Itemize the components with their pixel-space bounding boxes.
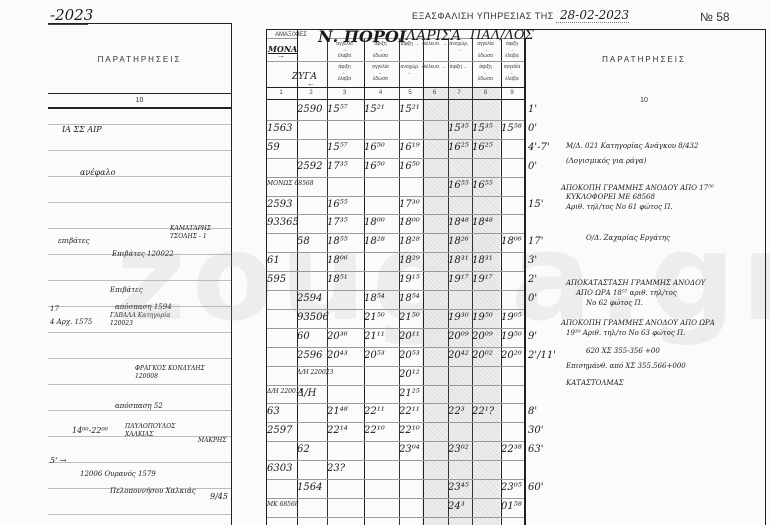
cell-c7: 19³⁰ [448,312,469,323]
row-rule [267,233,525,234]
right-remark: ΚΥΚΛΟΦΟΡΕΙ ΜΕ 68568 [566,193,655,201]
cell-c7: 18³¹ [448,255,469,266]
row-rule [267,366,525,367]
row-rule [267,498,525,499]
row-rule [267,177,525,178]
left-remark: 5' → [50,456,67,465]
cell-c7: 24³ [448,501,465,512]
row-rule [267,403,525,404]
subheader-top: άφιξη → [398,41,422,47]
right-remark: ΑΠΟΚΟΠΗ ΓΡΑΜΜΗΣ ΑΝΟΔΟΥ ΑΠΟ ΩΡΑ [561,319,715,327]
cell-c2: 2596 [297,350,322,361]
cell-c2: 58 [297,236,310,247]
cell-c4: 15²¹ [364,104,385,115]
column-number: 4 [363,90,398,96]
cell-c1: 595 [267,274,286,285]
subheader-bottom: διέλευσ. ← [422,64,447,70]
row-rule [267,271,525,272]
cell-c7: 16⁵⁵ [448,180,469,191]
cell-c3: 21⁴⁸ [327,406,348,417]
service-sheet: zougla.gr ΠΑΡΑΤΗΡΗΣΕΙΣ 10 ΑΜΑΞ/ΧΙΕΣ ΜΟΝΑ… [266,29,766,525]
column-number: 3 [326,90,363,96]
subheader-bottom: αναχώρ. ← [398,64,422,76]
cell-c5: 18²⁹ [399,255,420,266]
column-number: 9 [500,90,524,96]
cell-c4: 22¹¹ [364,406,385,417]
left-remarks-header: ΠΑΡΑΤΗΡΗΣΕΙΣ [48,55,231,64]
delay-value: 1' [528,104,537,115]
left-remark: 17 [50,305,59,313]
cell-c4: 18⁰⁰ [364,217,385,228]
cell-c3: 17³⁵ [327,217,348,228]
cell-c5: 16¹⁹ [399,142,420,153]
cell-c5: 22¹¹ [399,406,420,417]
cell-c1: 1563 [267,123,292,134]
header-rule [267,99,525,100]
cell-c7: 16²⁵ [448,142,469,153]
column-number: 7 [447,90,471,96]
cell-c4: 18⁵⁴ [364,293,385,304]
cell-c3: 15⁵⁷ [327,104,348,115]
delay-value: 15' [528,199,543,210]
row-rule [267,309,525,310]
subheader-top: άφιξη → έδωσα [363,41,398,59]
cell-c8: 16⁵⁵ [472,180,493,191]
delay-value: 4'-7' [528,142,550,153]
row-rule [267,460,525,461]
ruled-line [48,384,231,385]
left-remark: ΙΑ ΣΣ ΑΙΡ [62,125,102,134]
cell-c9: 23⁰⁵ [501,482,522,493]
cell-c9: 18⁰⁶ [501,236,522,247]
delay-value: 2'/11' [528,350,556,361]
delay-value: 63' [528,444,543,455]
cell-c3: 23? [327,463,345,474]
subheader-bottom: αγγελία ← έλαβα [500,64,524,82]
cell-c8: 16²⁵ [472,142,493,153]
delay-value: 0' [528,293,537,304]
ruled-line [48,358,231,359]
document-title: ΕΞΑΣΦΑΛΙΣΗ ΥΠΗΡΕΣΙΑΣ ΤΗΣ [412,11,554,21]
cell-c7: 23⁰² [448,444,469,455]
header-rule [267,38,297,39]
cell-c3: 20⁴³ [327,350,348,361]
row-rule [267,517,525,518]
left-remark: 4 Αρχ. 1575 [50,318,92,326]
right-remark: Ο/Δ. Ζαχαρίας Εργάτης [586,234,670,242]
cell-c8: 22¹? [472,406,494,417]
cell-c2: 93506 [297,312,329,323]
row-rule [267,441,525,442]
cell-c3: 22¹⁴ [327,425,348,436]
cell-c4: 21⁵⁰ [364,312,385,323]
cell-c2: 62 [297,444,310,455]
cell-c1: 59 [267,142,280,153]
cell-c7: 23⁴⁵ [448,482,469,493]
subheader-bottom: αγγελία ← έδωσα [363,64,398,82]
right-remarks-column-number: 10 [524,97,764,104]
cell-c8: 18⁴⁸ [472,217,493,228]
right-remark: 620 ΧΣ 355-356 +00 [586,347,660,355]
left-remark: 9/45 [210,492,228,501]
single-arrow: → [268,53,294,59]
header-rule [267,87,525,88]
cell-c4: 16⁵⁰ [364,161,385,172]
row-rule [267,214,525,215]
cell-c3: 18⁵⁵ [327,236,348,247]
left-remarks-column-number: 10 [48,93,231,109]
cell-c2: 2590 [297,104,322,115]
cell-c7: 15³⁵ [448,123,469,134]
left-remark: 12006 Ουρανός 1579 [80,470,156,478]
cell-c2: Δ/Η [297,388,316,399]
cell-c1: ΜΟΝΩΣ 68568 [267,180,314,187]
subheader-top: διέλευσ. → [422,41,447,47]
right-remark: (Λογισμικός για ράγα) [566,157,646,165]
row-rule [267,422,525,423]
cell-c1: 6303 [267,463,292,474]
right-remark: Νο 62 φώτος Π. [586,299,643,307]
left-header-top-rule [48,23,231,24]
document-date: 28-02-2023 [560,8,629,22]
row-rule [267,158,525,159]
cell-c4: 22¹⁰ [364,425,385,436]
cell-c8: 20⁰² [472,350,493,361]
subheader-bottom: άφιξη ← έδωσα [471,64,500,82]
delay-value: 3' [528,255,537,266]
date-underline [556,22,629,23]
right-remark: Μ/Δ. 021 Κατηγορίας Ανάγκου 8/432 [566,142,698,150]
cell-c7: 20⁴² [448,350,469,361]
cell-c5: 16⁵⁰ [399,161,420,172]
delay-value: 30' [528,425,543,436]
row-rule [267,290,525,291]
cell-c7: 22³ [448,406,465,417]
cell-c9: 01⁵⁸ [501,501,522,512]
cell-c5: 22¹⁰ [399,425,420,436]
column-number: 1 [266,90,296,96]
cell-c9: 20²⁰ [501,350,522,361]
trains-label: ΑΜΑΞ/ΧΙΕΣ [270,32,312,38]
cell-c1: 2593 [267,199,292,210]
cell-c8: 19⁵⁰ [472,312,493,323]
left-remark: ΦΡΑΓΚΟΣ ΚΟΝΔΥΛΗΣ 120008 [135,365,215,381]
cell-c2: 2594 [297,293,322,304]
cell-c3: 15⁵⁷ [327,142,348,153]
even-arrow: ← [298,81,324,87]
subheader-top: αναχώρ. → [447,41,471,53]
cell-c5: 21⁵⁰ [399,312,420,323]
cell-c2: 1564 [297,482,322,493]
ruled-line [48,176,231,177]
delay-value: 17' [528,236,543,247]
column-number: 2 [296,90,326,96]
delay-value: 0' [528,123,537,134]
cell-c8: 19¹⁷ [472,274,493,285]
left-remark: επιβάτες [58,237,89,245]
cell-c1: ΜΚ 68568 [267,501,299,508]
left-remark: 14⁰⁰-22⁰⁰ [72,426,108,435]
cell-c9: 22³⁸ [501,444,522,455]
ruled-line [48,514,231,515]
row-rule [267,479,525,480]
cell-c5: 18⁰⁰ [399,217,420,228]
cell-c2: 60 [297,331,310,342]
row-rule [267,196,525,197]
right-remark: ΑΠΟΚΟΠΗ ΓΡΑΜΜΗΣ ΑΝΟΔΟΥ ΑΠΟ 17⁵⁰ [561,184,714,192]
cell-c5: 15²¹ [399,104,420,115]
left-remark: ανέφαλο [80,168,115,177]
cell-c8: 18³¹ [472,255,493,266]
delay-value: 9' [528,331,537,342]
right-remark: ΑΠΟΚΑΤΑΣΤΑΣΗ ΓΡΑΜΜΗΣ ΑΝΟΔΟΥ [566,279,705,287]
delay-value: 2' [528,274,537,285]
cell-c5: 20¹¹ [399,331,420,342]
left-remark: ΜΑΚΡΗΣ [198,437,226,444]
row-rule [267,328,525,329]
right-remarks-header: ΠΑΡΑΤΗΡΗΣΕΙΣ [524,55,764,64]
subheader-top: αγγελία → έδωσα [471,41,500,59]
subheader-top: αγγελία → έλαβα [326,41,363,59]
cell-c1: 2597 [267,425,292,436]
cell-c7: 19¹⁷ [448,274,469,285]
row-rule [267,385,525,386]
cell-c5: 17³⁰ [399,199,420,210]
cell-c8: 15³⁵ [472,123,493,134]
cell-c2: Δ/Η 220023 [297,369,333,376]
subheader-bottom: άφιξη ← έλαβα [326,64,363,82]
right-remark: Επισημάνθ. από ΧΣ 355.566+000 [566,362,686,370]
ruled-line [48,150,231,151]
cell-c4: 18²⁸ [364,236,385,247]
cell-c4: 21¹¹ [364,331,385,342]
cell-c5: 19¹⁵ [399,274,420,285]
cell-c8: 20⁰⁹ [472,331,493,342]
cell-c5: 20⁵³ [399,350,420,361]
cell-c4: 20⁵³ [364,350,385,361]
left-remark: απόσπαση 52 [115,402,163,410]
cell-c3: 20³⁶ [327,331,348,342]
cell-c3: 18⁰⁶ [327,255,348,266]
delay-value: 0' [528,161,537,172]
cell-c5: 18⁵⁴ [399,293,420,304]
right-remark: Αριθ. τηλ/τος Νο 61 φώτος Π. [566,203,673,211]
ruled-line [48,462,231,463]
cell-c4: 16⁵⁰ [364,142,385,153]
cell-c7: 20⁰⁹ [448,331,469,342]
row-rule [267,120,525,121]
cell-c5: 20¹² [399,369,420,380]
cell-c1: 61 [267,255,280,266]
row-rule [267,347,525,348]
right-remark: 19³⁰ Αριθ. τηλ/το Νο 63 φώτος Π. [566,329,685,337]
left-remark: ΠΑΥΛΟΠΟΥΛΟΣ ΧΑΛΚΙΑΣ [125,423,195,439]
cell-c9: 19⁵⁰ [501,331,522,342]
column-number: 5 [398,90,422,96]
column-number: 6 [422,90,447,96]
cell-c3: 16⁵⁵ [327,199,348,210]
cell-c2: 2592 [297,161,322,172]
cell-c5: 21²⁵ [399,388,420,399]
cell-c7: 18²⁶ [448,236,469,247]
cell-c7: 18⁴⁸ [448,217,469,228]
right-remark: ΑΠΟ ΩΡΑ 18⁵⁷ αριθ. τηλ/τος [576,289,677,297]
cell-c9: 19⁰⁵ [501,312,522,323]
column-number: 8 [471,90,500,96]
ruled-line [48,202,231,203]
subheader-top: άφιξη → έλαβα [500,41,524,59]
left-remark: Πελοποννήσου Χαλκιάς [110,487,196,495]
row-rule [267,252,525,253]
cell-c3: 17³⁵ [327,161,348,172]
subheader-bottom: άφιξη ← [447,64,471,70]
cell-c9: 15⁵⁸ [501,123,522,134]
ruled-line [48,410,231,411]
cell-c1: 93365 [267,217,299,228]
delay-value: 60' [528,482,543,493]
cell-c1: 63 [267,406,280,417]
column-divider [423,38,424,525]
row-rule [267,139,525,140]
header-rule [267,61,525,62]
delay-value: 8' [528,406,537,417]
right-remark: ΚΑΤΑΣΤΟΛΜΑΣ [566,379,624,387]
cell-c5: 18²⁸ [399,236,420,247]
cell-c5: 23⁰⁴ [399,444,420,455]
left-page-year: -2023 [50,6,93,24]
cell-c3: 18⁵¹ [327,274,348,285]
document-number: № 58 [700,10,730,24]
